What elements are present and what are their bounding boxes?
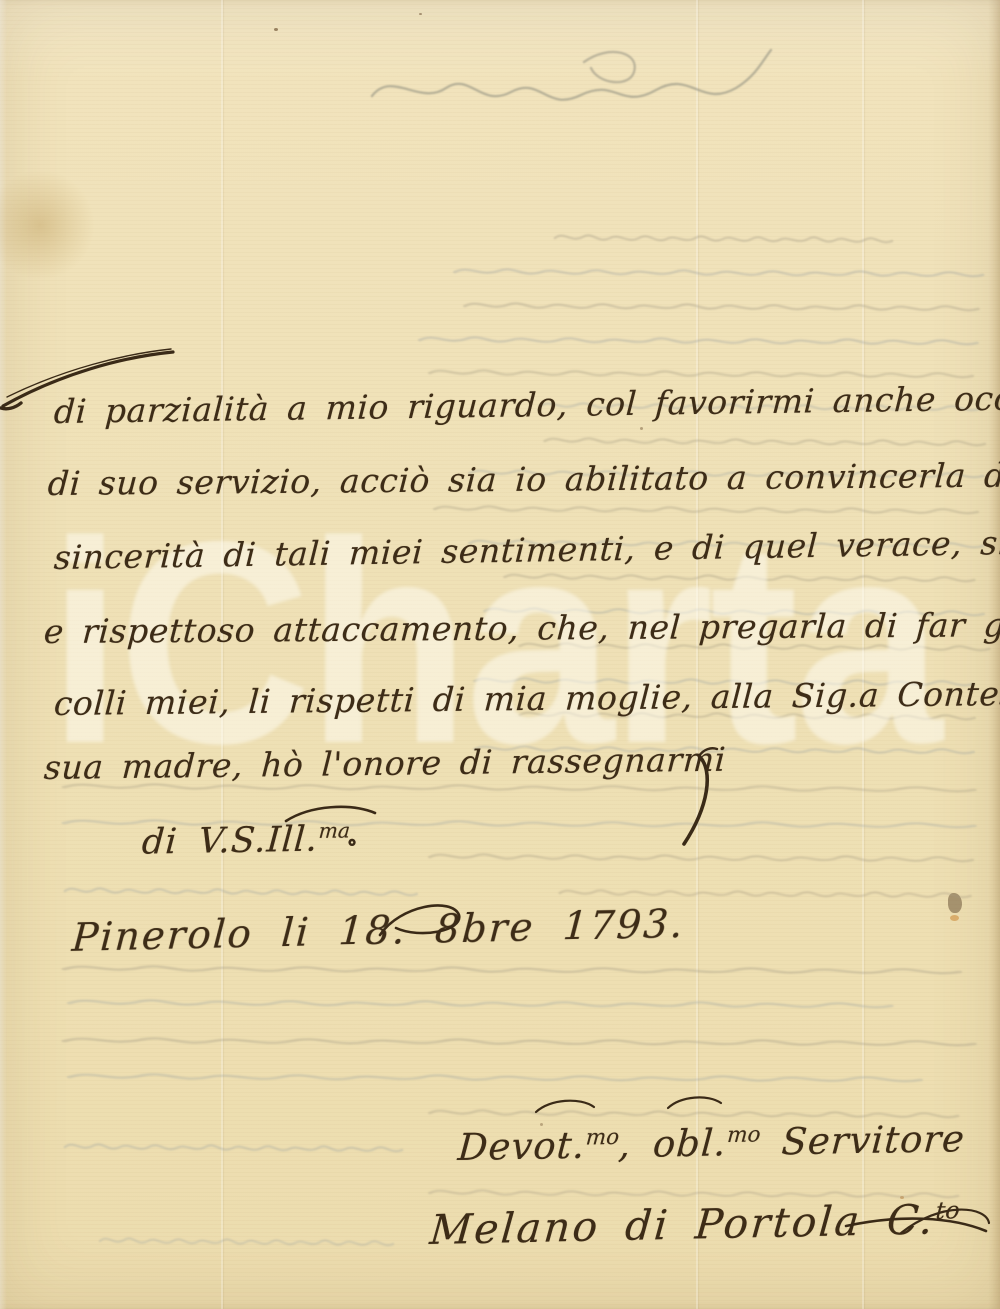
foxing-speck xyxy=(640,427,643,430)
valediction-text: Devot. xyxy=(456,1124,586,1169)
valediction: Devot.mo, obl.mo Servitore xyxy=(456,1117,966,1169)
closing-text: di V.S.Ill. xyxy=(141,820,320,863)
closing-superscript: ma xyxy=(318,818,351,843)
valediction-text: Servitore xyxy=(758,1117,966,1164)
manuscript-line: di suo servizio, acciò sia io abilitato … xyxy=(47,455,1000,503)
page-right-edge xyxy=(988,0,1000,1309)
signature-text: Melano di Portola C. xyxy=(428,1195,937,1254)
dateline: Pinerolo li 18. 8bre 1793. xyxy=(71,902,686,961)
signature: Melano di Portola C.to xyxy=(428,1195,961,1254)
closing-formula: di V.S.Ill.ma xyxy=(141,818,351,862)
valediction-text: , obl. xyxy=(617,1121,728,1166)
valediction-superscript: mo xyxy=(585,1125,620,1151)
manuscript-line: di parzialità a mio riguardo, col favori… xyxy=(53,377,1000,431)
signature-superscript: to xyxy=(935,1196,961,1225)
foxing-speck xyxy=(948,893,962,913)
foxing-speck xyxy=(274,28,278,31)
letter-page: iCharta di parzialità a mio riguardo, co… xyxy=(0,0,1000,1309)
manuscript-line: sua madre, hò l'onore di rassegnarmi xyxy=(43,740,727,787)
foxing-speck xyxy=(950,915,959,921)
manuscript-line: e rispettoso attaccamento, che, nel preg… xyxy=(43,604,1000,651)
valediction-superscript: mo xyxy=(726,1122,761,1148)
foxing-speck xyxy=(419,13,422,15)
paper-stain xyxy=(0,165,100,285)
